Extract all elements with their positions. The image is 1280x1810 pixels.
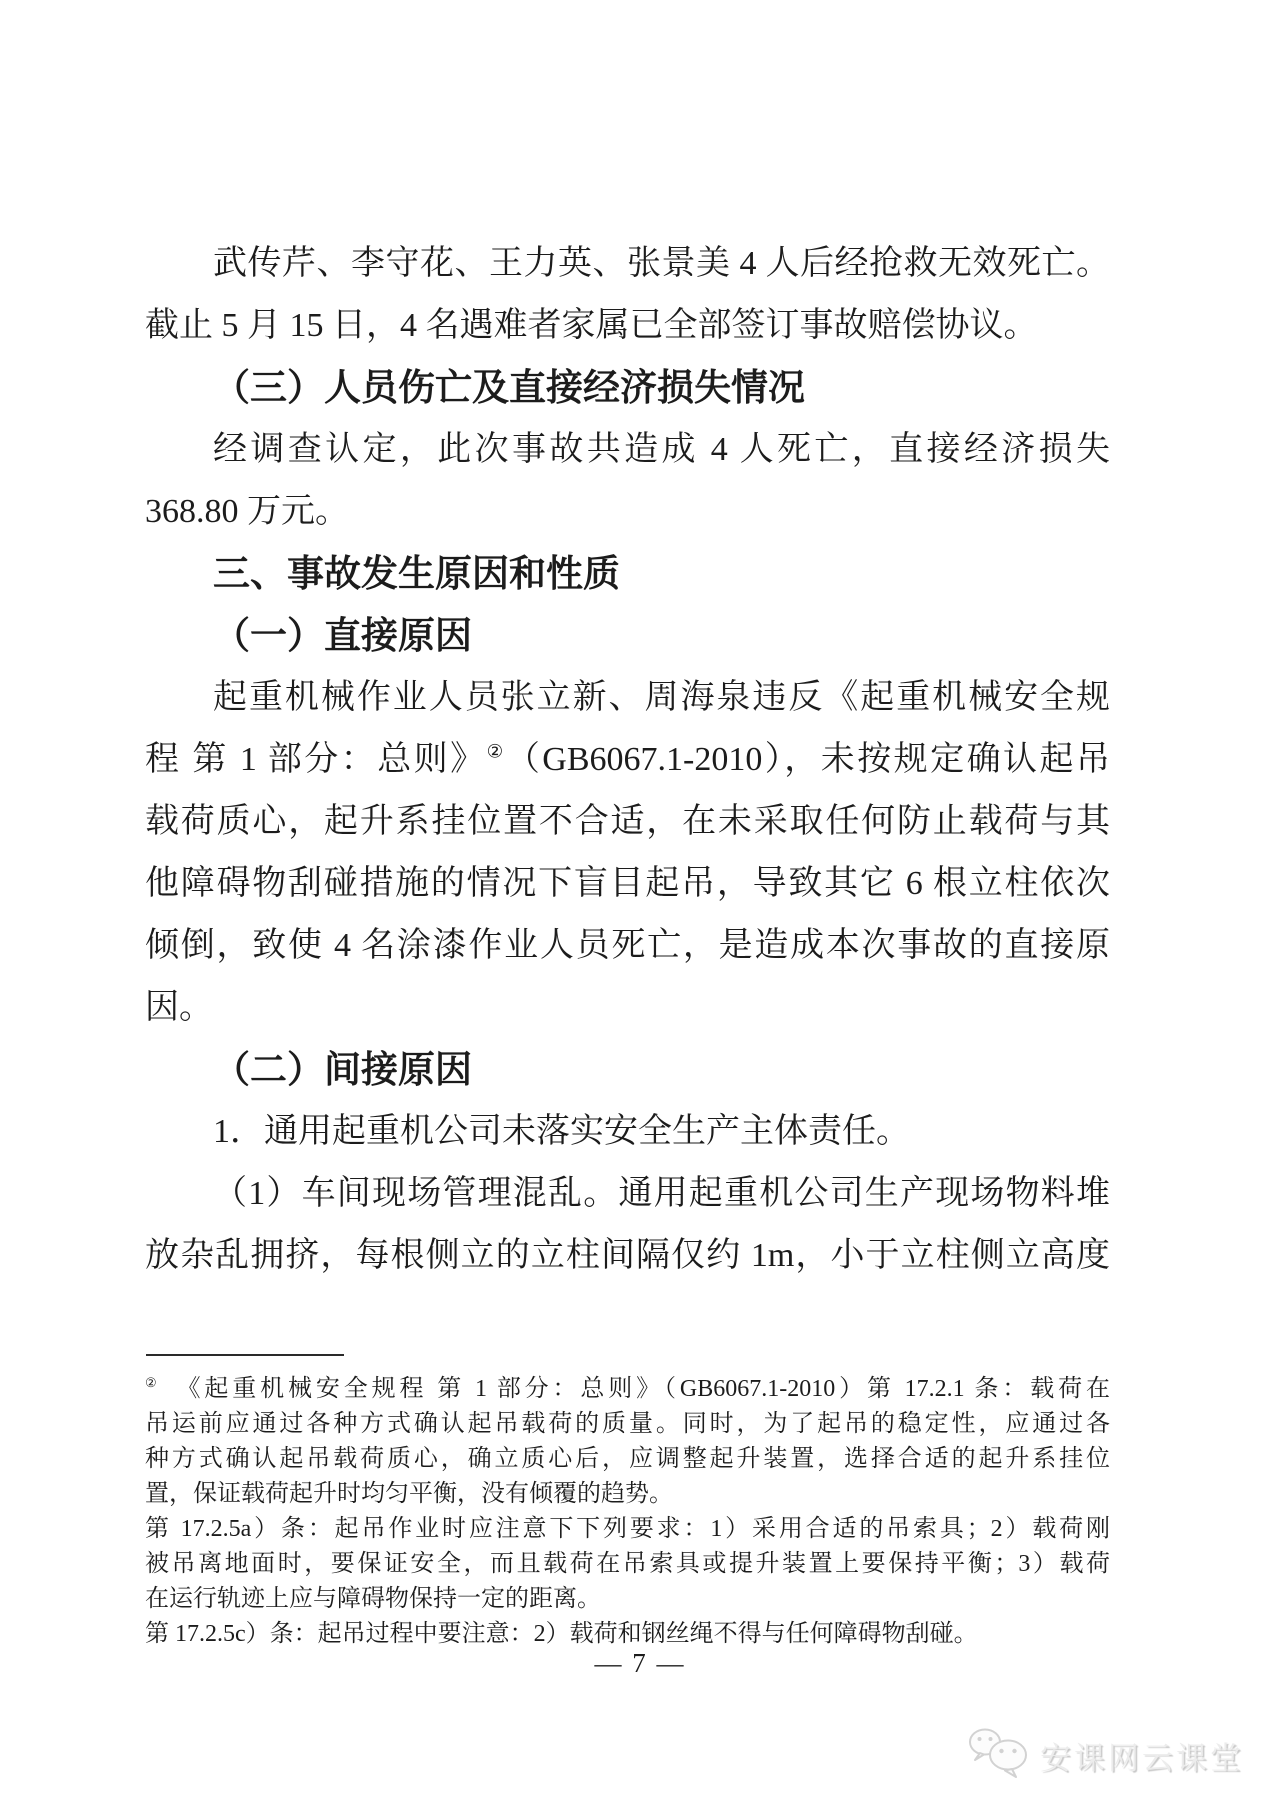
body-line-17: 放杂乱拥挤，每根侧立的立柱间隔仅约 1m，小于立柱侧立高度 bbox=[145, 1225, 1110, 1287]
body-line-15: 1．通用起重机公司未落实安全生产主体责任。 bbox=[145, 1101, 1110, 1163]
footnotes: ② 《起重机械安全规程 第 1 部分：总则》（GB6067.1-2010）第 1… bbox=[145, 1372, 1110, 1652]
footnote-line-5: 第 17.2.5a）条：起吊作业时应注意下下列要求：1）采用合适的吊索具；2）载… bbox=[145, 1512, 1110, 1547]
footnote-line-1-text: 《起重机械安全规程 第 1 部分：总则》（GB6067.1-2010）第 17.… bbox=[161, 1376, 1110, 1402]
body-line-8: 起重机械作业人员张立新、周海泉违反《起重机械安全规 bbox=[145, 667, 1110, 729]
body-line-11: 他障碍物刮碰措施的情况下盲目起吊，导致其它 6 根立柱依次 bbox=[145, 853, 1110, 915]
footnote-line-1: ② 《起重机械安全规程 第 1 部分：总则》（GB6067.1-2010）第 1… bbox=[145, 1372, 1110, 1407]
footnote-ref-marker: ② bbox=[487, 742, 506, 763]
footnote-marker: ② bbox=[145, 1375, 161, 1390]
body-line-5: 368.80 万元。 bbox=[145, 481, 1110, 543]
body-line-9: 程 第 1 部分：总则》②（GB6067.1-2010），未按规定确认起吊 bbox=[145, 729, 1110, 791]
body-line-4: 经调查认定，此次事故共造成 4 人死亡，直接经济损失 bbox=[145, 419, 1110, 481]
footnote-line-2: 吊运前应通过各种方式确认起吊载荷的质量。同时，为了起吊的稳定性，应通过各 bbox=[145, 1407, 1110, 1442]
body-line-16: （1）车间现场管理混乱。通用起重机公司生产现场物料堆 bbox=[145, 1163, 1110, 1225]
chapter-heading-causes: 三、事故发生原因和性质 bbox=[145, 543, 1110, 605]
footnote-line-6: 被吊离地面时，要保证安全，而且载荷在吊索具或提升装置上要保持平衡；3）载荷 bbox=[145, 1547, 1110, 1582]
wechat-chat-bubbles-icon bbox=[966, 1726, 1032, 1785]
watermark-brand-text: 安课网云课堂 bbox=[1040, 1733, 1244, 1778]
footnote-line-4: 置，保证载荷起升时均匀平衡，没有倾覆的趋势。 bbox=[145, 1477, 1110, 1512]
section-heading-casualties: （三）人员伤亡及直接经济损失情况 bbox=[145, 357, 1110, 419]
document-page: 武传芹、李守花、王力英、张景美 4 人后经抢救无效死亡。 截止 5 月 15 日… bbox=[0, 0, 1280, 1810]
body-line-10: 载荷质心，起升系挂位置不合适，在未采取任何防止载荷与其 bbox=[145, 791, 1110, 853]
footnote-separator bbox=[146, 1354, 344, 1356]
footnote-line-8: 第 17.2.5c）条：起吊过程中要注意：2）载荷和钢丝绳不得与任何障碍物刮碰。 bbox=[145, 1617, 1110, 1652]
body-line-9-post: （GB6067.1-2010），未按规定确认起吊 bbox=[506, 741, 1110, 778]
page-number: — 7 — bbox=[0, 1648, 1280, 1679]
section-heading-indirect-cause: （二）间接原因 bbox=[145, 1039, 1110, 1101]
section-heading-direct-cause: （一）直接原因 bbox=[145, 605, 1110, 667]
body-line-13: 因。 bbox=[145, 977, 1110, 1039]
body-text: 武传芹、李守花、王力英、张景美 4 人后经抢救无效死亡。 截止 5 月 15 日… bbox=[145, 233, 1110, 1287]
body-line-1: 武传芹、李守花、王力英、张景美 4 人后经抢救无效死亡。 bbox=[145, 233, 1110, 295]
body-line-12: 倾倒，致使 4 名涂漆作业人员死亡，是造成本次事故的直接原 bbox=[145, 915, 1110, 977]
body-line-2: 截止 5 月 15 日，4 名遇难者家属已全部签订事故赔偿协议。 bbox=[145, 295, 1110, 357]
footnote-line-7: 在运行轨迹上应与障碍物保持一定的距离。 bbox=[145, 1582, 1110, 1617]
body-line-9-pre: 程 第 1 部分：总则》 bbox=[145, 741, 487, 778]
footnote-line-3: 种方式确认起吊载荷质心，确立质心后，应调整起升装置，选择合适的起升系挂位 bbox=[145, 1442, 1110, 1477]
brand-watermark: 安课网云课堂 bbox=[966, 1726, 1244, 1785]
